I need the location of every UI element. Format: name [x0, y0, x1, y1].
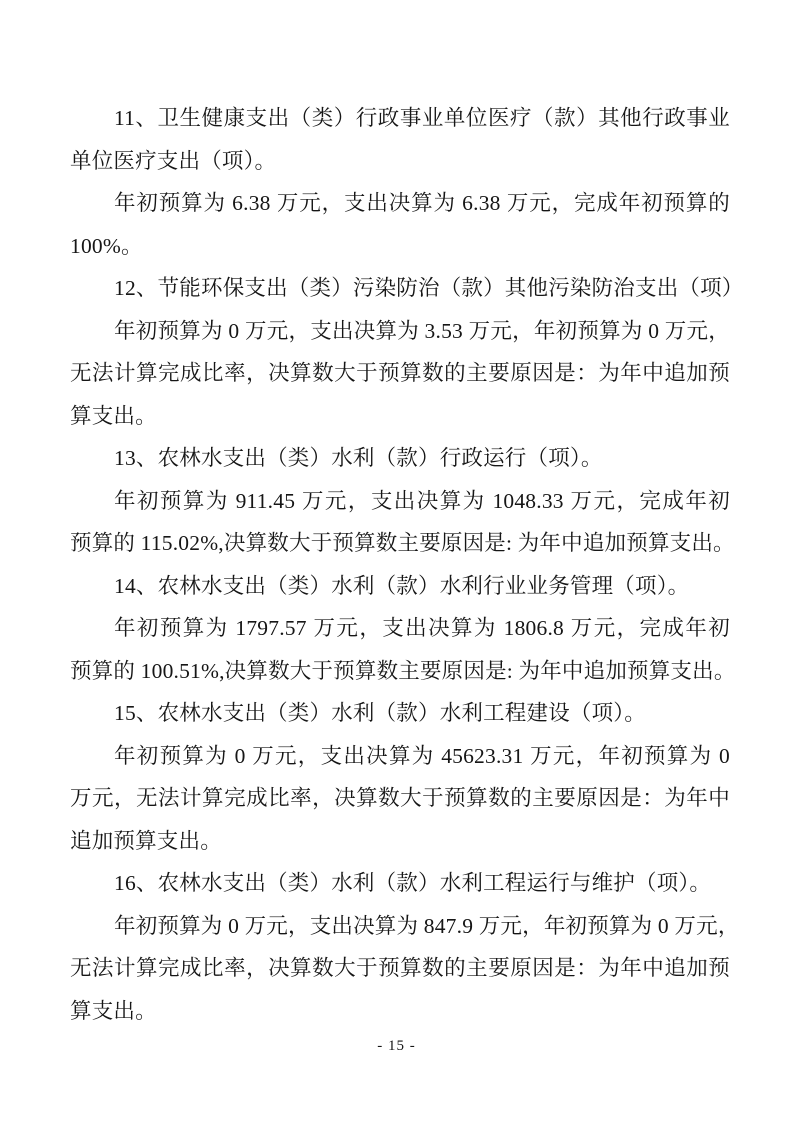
text-line: 16、农林水支出（类）水利（款）水利工程运行与维护（项）。 [70, 862, 730, 905]
paragraph-item-11-detail: 年初预算为 6.38 万元，支出决算为 6.38 万元，完成年初预算的 100%… [70, 182, 730, 267]
text-line: 12、节能环保支出（类）污染防治（款）其他污染防治支出（项）。 [70, 267, 730, 310]
document-page: 11、卫生健康支出（类）行政事业单位医疗（款）其他行政事业 单位医疗支出（项）。… [0, 0, 793, 1122]
text-line: 14、农林水支出（类）水利（款）水利行业业务管理（项）。 [70, 565, 730, 608]
text-line: 年初预算为 911.45 万元，支出决算为 1048.33 万元，完成年初 [70, 480, 730, 523]
text-line: 年初预算为 0 万元，支出决算为 847.9 万元，年初预算为 0 万元， [70, 905, 730, 948]
text-line: 100%。 [70, 225, 730, 268]
text-line: 15、农林水支出（类）水利（款）水利工程建设（项）。 [70, 692, 730, 735]
text-line: 13、农林水支出（类）水利（款）行政运行（项）。 [70, 437, 730, 480]
paragraph-item-15-detail: 年初预算为 0 万元，支出决算为 45623.31 万元，年初预算为 0 万元，… [70, 735, 730, 863]
paragraph-item-11-heading: 11、卫生健康支出（类）行政事业单位医疗（款）其他行政事业 单位医疗支出（项）。 [70, 97, 730, 182]
text-line: 算支出。 [70, 395, 730, 438]
text-line: 年初预算为 1797.57 万元，支出决算为 1806.8 万元，完成年初 [70, 607, 730, 650]
paragraph-item-15-heading: 15、农林水支出（类）水利（款）水利工程建设（项）。 [70, 692, 730, 735]
text-line: 年初预算为 0 万元，支出决算为 45623.31 万元，年初预算为 0 [70, 735, 730, 778]
paragraph-item-12-heading: 12、节能环保支出（类）污染防治（款）其他污染防治支出（项）。 [70, 267, 730, 310]
text-line: 追加预算支出。 [70, 820, 730, 863]
text-line: 单位医疗支出（项）。 [70, 140, 730, 183]
text-line: 预算的 100.51%,决算数大于预算数主要原因是: 为年中追加预算支出。 [70, 650, 730, 693]
paragraph-item-13-detail: 年初预算为 911.45 万元，支出决算为 1048.33 万元，完成年初 预算… [70, 480, 730, 565]
text-line: 预算的 115.02%,决算数大于预算数主要原因是: 为年中追加预算支出。 [70, 522, 730, 565]
text-line: 年初预算为 0 万元，支出决算为 3.53 万元，年初预算为 0 万元， [70, 310, 730, 353]
paragraph-item-14-detail: 年初预算为 1797.57 万元，支出决算为 1806.8 万元，完成年初 预算… [70, 607, 730, 692]
paragraph-item-12-detail: 年初预算为 0 万元，支出决算为 3.53 万元，年初预算为 0 万元， 无法计… [70, 310, 730, 438]
text-line: 年初预算为 6.38 万元，支出决算为 6.38 万元，完成年初预算的 [70, 182, 730, 225]
text-line: 无法计算完成比率，决算数大于预算数的主要原因是：为年中追加预 [70, 352, 730, 395]
paragraph-item-14-heading: 14、农林水支出（类）水利（款）水利行业业务管理（项）。 [70, 565, 730, 608]
paragraph-item-13-heading: 13、农林水支出（类）水利（款）行政运行（项）。 [70, 437, 730, 480]
text-line: 无法计算完成比率，决算数大于预算数的主要原因是：为年中追加预 [70, 947, 730, 990]
text-line: 11、卫生健康支出（类）行政事业单位医疗（款）其他行政事业 [70, 97, 730, 140]
text-line: 算支出。 [70, 990, 730, 1033]
paragraph-item-16-detail: 年初预算为 0 万元，支出决算为 847.9 万元，年初预算为 0 万元， 无法… [70, 905, 730, 1033]
paragraph-item-16-heading: 16、农林水支出（类）水利（款）水利工程运行与维护（项）。 [70, 862, 730, 905]
page-number: - 15 - [0, 1035, 793, 1057]
document-body: 11、卫生健康支出（类）行政事业单位医疗（款）其他行政事业 单位医疗支出（项）。… [70, 97, 730, 1032]
text-line: 万元，无法计算完成比率，决算数大于预算数的主要原因是：为年中 [70, 777, 730, 820]
